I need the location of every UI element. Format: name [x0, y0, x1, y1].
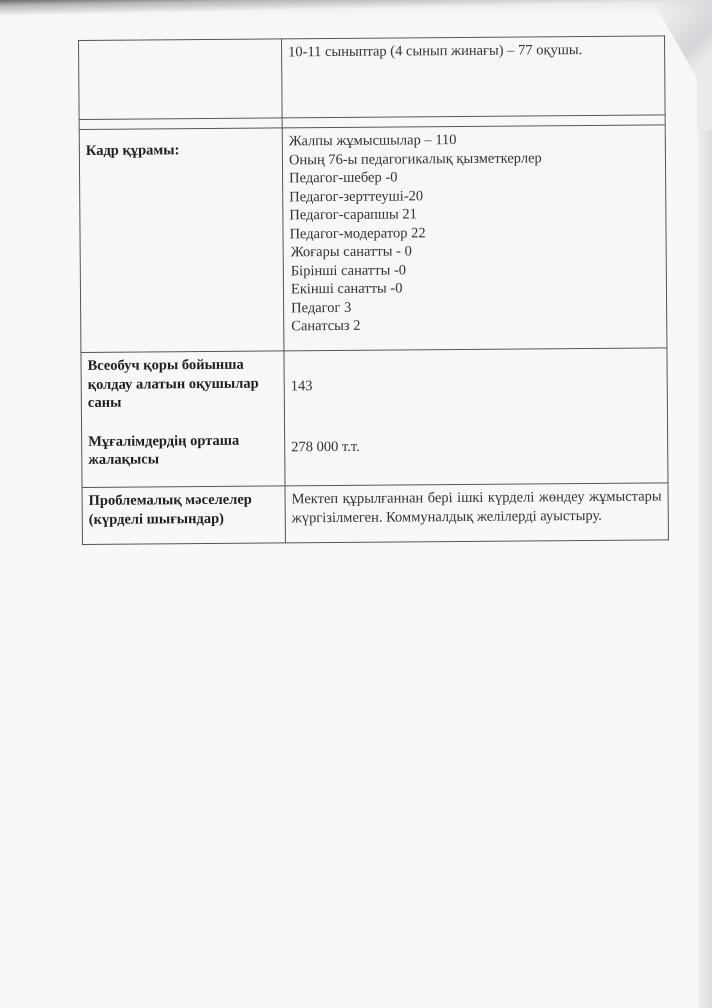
scanned-page: 10-11 сыныптар (4 сынып жинағы) – 77 оқу…: [0, 0, 712, 1008]
table-row-problems: Проблемалық мәселелер (күрделі шығындар)…: [82, 483, 668, 545]
row-label: [79, 39, 283, 120]
row-value-classes-10-11: 10-11 сыныптар (4 сынып жинағы) – 77 оқу…: [281, 36, 665, 118]
problems-value: Мектеп құрылғаннан бері ішкі күрделі жөн…: [285, 483, 668, 543]
table-row-staff: Кадр құрамы: Жалпы жұмысшылар – 110 Оның…: [79, 125, 667, 353]
staff-list: Жалпы жұмысшылар – 110 Оның 76-ы педагог…: [282, 125, 667, 351]
average-salary-label: Мұғалімдердің орташа жалақысы: [88, 431, 278, 469]
table-row-pupils-salary: Всеобуч қоры бойынша қолдау алатын оқушы…: [81, 348, 668, 488]
table-row: 10-11 сыныптар (4 сынып жинағы) – 77 оқу…: [79, 36, 666, 120]
average-salary-value: 278 000 т.т.: [291, 435, 661, 456]
staff-uncategorized: Санатсыз 2: [290, 314, 660, 335]
scan-right-edge: [698, 60, 712, 1008]
problems-label: Проблемалық мәселелер (күрделі шығындар): [82, 486, 285, 545]
scan-top-shadow: [0, 0, 712, 16]
pupils-support-value: 143: [291, 374, 661, 395]
pupils-salary-labels: Всеобуч қоры бойынша қолдау алатын оқушы…: [81, 351, 285, 488]
pupils-support-label: Всеобуч қоры бойынша қолдау алатын оқушы…: [87, 355, 277, 412]
pupils-salary-values: 143 278 000 т.т.: [284, 348, 668, 486]
school-info-table: 10-11 сыныптар (4 сынып жинағы) – 77 оқу…: [78, 35, 669, 545]
staff-label: Кадр құрамы:: [79, 128, 284, 353]
